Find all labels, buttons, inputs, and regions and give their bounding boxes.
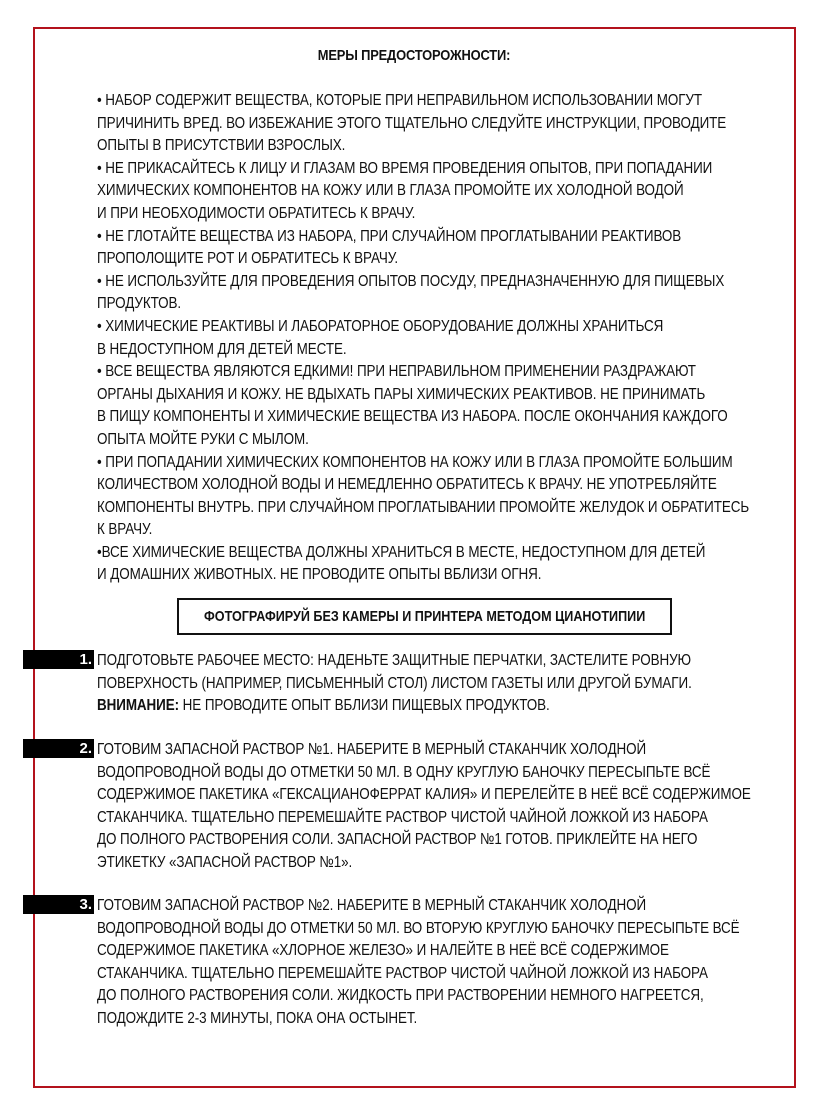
precaution-line: • НАБОР СОДЕРЖИТ ВЕЩЕСТВА, КОТОРЫЕ ПРИ Н… [97,90,685,113]
step-text: ГОТОВИМ ЗАПАСНОЙ РАСТВОР №2. НАБЕРИТЕ В … [97,895,797,1031]
step-line: ПОДГОТОВЬТЕ РАБОЧЕЕ МЕСТО: НАДЕНЬТЕ ЗАЩИ… [97,650,685,673]
precaution-line: ПРИЧИНИТЬ ВРЕД. ВО ИЗБЕЖАНИЕ ЭТОГО ТЩАТЕ… [97,113,685,136]
precaution-line: ПРОДУКТОВ. [97,293,685,316]
step-line: ПОДОЖДИТЕ 2-3 МИНУТЫ, ПОКА ОНА ОСТЫНЕТ. [97,1008,685,1031]
precaution-line: В НЕДОСТУПНОМ ДЛЯ ДЕТЕЙ МЕСТЕ. [97,339,685,362]
step-line: ГОТОВИМ ЗАПАСНОЙ РАСТВОР №2. НАБЕРИТЕ В … [97,895,685,918]
precaution-line: ХИМИЧЕСКИХ КОМПОНЕНТОВ НА КОЖУ ИЛИ В ГЛА… [97,180,685,203]
precaution-line: КОЛИЧЕСТВОМ ХОЛОДНОЙ ВОДЫ И НЕМЕДЛЕННО О… [97,474,685,497]
precaution-line: • ХИМИЧЕСКИЕ РЕАКТИВЫ И ЛАБОРАТОРНОЕ ОБО… [97,316,685,339]
precaution-line: • НЕ ГЛОТАЙТЕ ВЕЩЕСТВА ИЗ НАБОРА, ПРИ СЛ… [97,226,685,249]
precautions-title: МЕРЫ ПРЕДОСТОРОЖНОСТИ: [58,47,770,64]
precaution-line: КОМПОНЕНТЫ ВНУТРЬ. ПРИ СЛУЧАЙНОМ ПРОГЛАТ… [97,497,685,520]
section-title-box: ФОТОГРАФИРУЙ БЕЗ КАМЕРЫ И ПРИНТЕРА МЕТОД… [177,598,672,635]
step-line: СТАКАНЧИКА. ТЩАТЕЛЬНО ПЕРЕМЕШАЙТЕ РАСТВО… [97,807,685,830]
precaution-line: • НЕ ИСПОЛЬЗУЙТЕ ДЛЯ ПРОВЕДЕНИЯ ОПЫТОВ П… [97,271,685,294]
step-warning-line: ВНИМАНИЕ: НЕ ПРОВОДИТЕ ОПЫТ ВБЛИЗИ ПИЩЕВ… [97,695,685,718]
step-line: ДО ПОЛНОГО РАСТВОРЕНИЯ СОЛИ. ЗАПАСНОЙ РА… [97,829,685,852]
step-number-badge: 1. [23,650,94,669]
precaution-line: В ПИЩУ КОМПОНЕНТЫ И ХИМИЧЕСКИЕ ВЕЩЕСТВА … [97,406,685,429]
precaution-line: ОРГАНЫ ДЫХАНИЯ И КОЖУ. НЕ ВДЫХАТЬ ПАРЫ Х… [97,384,685,407]
section-title: ФОТОГРАФИРУЙ БЕЗ КАМЕРЫ И ПРИНТЕРА МЕТОД… [204,608,645,625]
precaution-line: •ВСЕ ХИМИЧЕСКИЕ ВЕЩЕСТВА ДОЛЖНЫ ХРАНИТЬС… [97,542,685,565]
precaution-line: ОПЫТА МОЙТЕ РУКИ С МЫЛОМ. [97,429,685,452]
step-line: ЭТИКЕТКУ «ЗАПАСНОЙ РАСТВОР №1». [97,852,685,875]
step-line: СТАКАНЧИКА. ТЩАТЕЛЬНО ПЕРЕМЕШАЙТЕ РАСТВО… [97,963,685,986]
step-line: ДО ПОЛНОГО РАСТВОРЕНИЯ СОЛИ. ЖИДКОСТЬ ПР… [97,985,685,1008]
step-line: ПОВЕРХНОСТЬ (НАПРИМЕР, ПИСЬМЕННЫЙ СТОЛ) … [97,673,685,696]
step-line: ГОТОВИМ ЗАПАСНОЙ РАСТВОР №1. НАБЕРИТЕ В … [97,739,685,762]
step-line: СОДЕРЖИМОЕ ПАКЕТИКА «ГЕКСАЦИАНОФЕРРАТ КА… [97,784,685,807]
step-line: СОДЕРЖИМОЕ ПАКЕТИКА «ХЛОРНОЕ ЖЕЛЕЗО» И Н… [97,940,685,963]
precaution-line: • НЕ ПРИКАСАЙТЕСЬ К ЛИЦУ И ГЛАЗАМ ВО ВРЕ… [97,158,685,181]
step-line: ВОДОПРОВОДНОЙ ВОДЫ ДО ОТМЕТКИ 50 МЛ. В О… [97,762,685,785]
precaution-line: • ПРИ ПОПАДАНИИ ХИМИЧЕСКИХ КОМПОНЕНТОВ Н… [97,452,685,475]
precaution-line: И ДОМАШНИХ ЖИВОТНЫХ. НЕ ПРОВОДИТЕ ОПЫТЫ … [97,564,685,587]
precaution-line: ОПЫТЫ В ПРИСУТСТВИИ ВЗРОСЛЫХ. [97,135,685,158]
precaution-line: И ПРИ НЕОБХОДИМОСТИ ОБРАТИТЕСЬ К ВРАЧУ. [97,203,685,226]
step-number-badge: 2. [23,739,94,758]
precaution-line: ПРОПОЛОЩИТЕ РОТ И ОБРАТИТЕСЬ К ВРАЧУ. [97,248,685,271]
precautions-list: • НАБОР СОДЕРЖИТ ВЕЩЕСТВА, КОТОРЫЕ ПРИ Н… [97,90,797,587]
warning-label: ВНИМАНИЕ: [97,697,179,714]
step-number-badge: 3. [23,895,94,914]
warning-text: НЕ ПРОВОДИТЕ ОПЫТ ВБЛИЗИ ПИЩЕВЫХ ПРОДУКТ… [179,697,550,714]
precaution-line: К ВРАЧУ. [97,519,685,542]
precaution-line: • ВСЕ ВЕЩЕСТВА ЯВЛЯЮТСЯ ЕДКИМИ! ПРИ НЕПР… [97,361,685,384]
step-text: ГОТОВИМ ЗАПАСНОЙ РАСТВОР №1. НАБЕРИТЕ В … [97,739,797,875]
step-line: ВОДОПРОВОДНОЙ ВОДЫ ДО ОТМЕТКИ 50 МЛ. ВО … [97,918,685,941]
step-text: ПОДГОТОВЬТЕ РАБОЧЕЕ МЕСТО: НАДЕНЬТЕ ЗАЩИ… [97,650,797,718]
